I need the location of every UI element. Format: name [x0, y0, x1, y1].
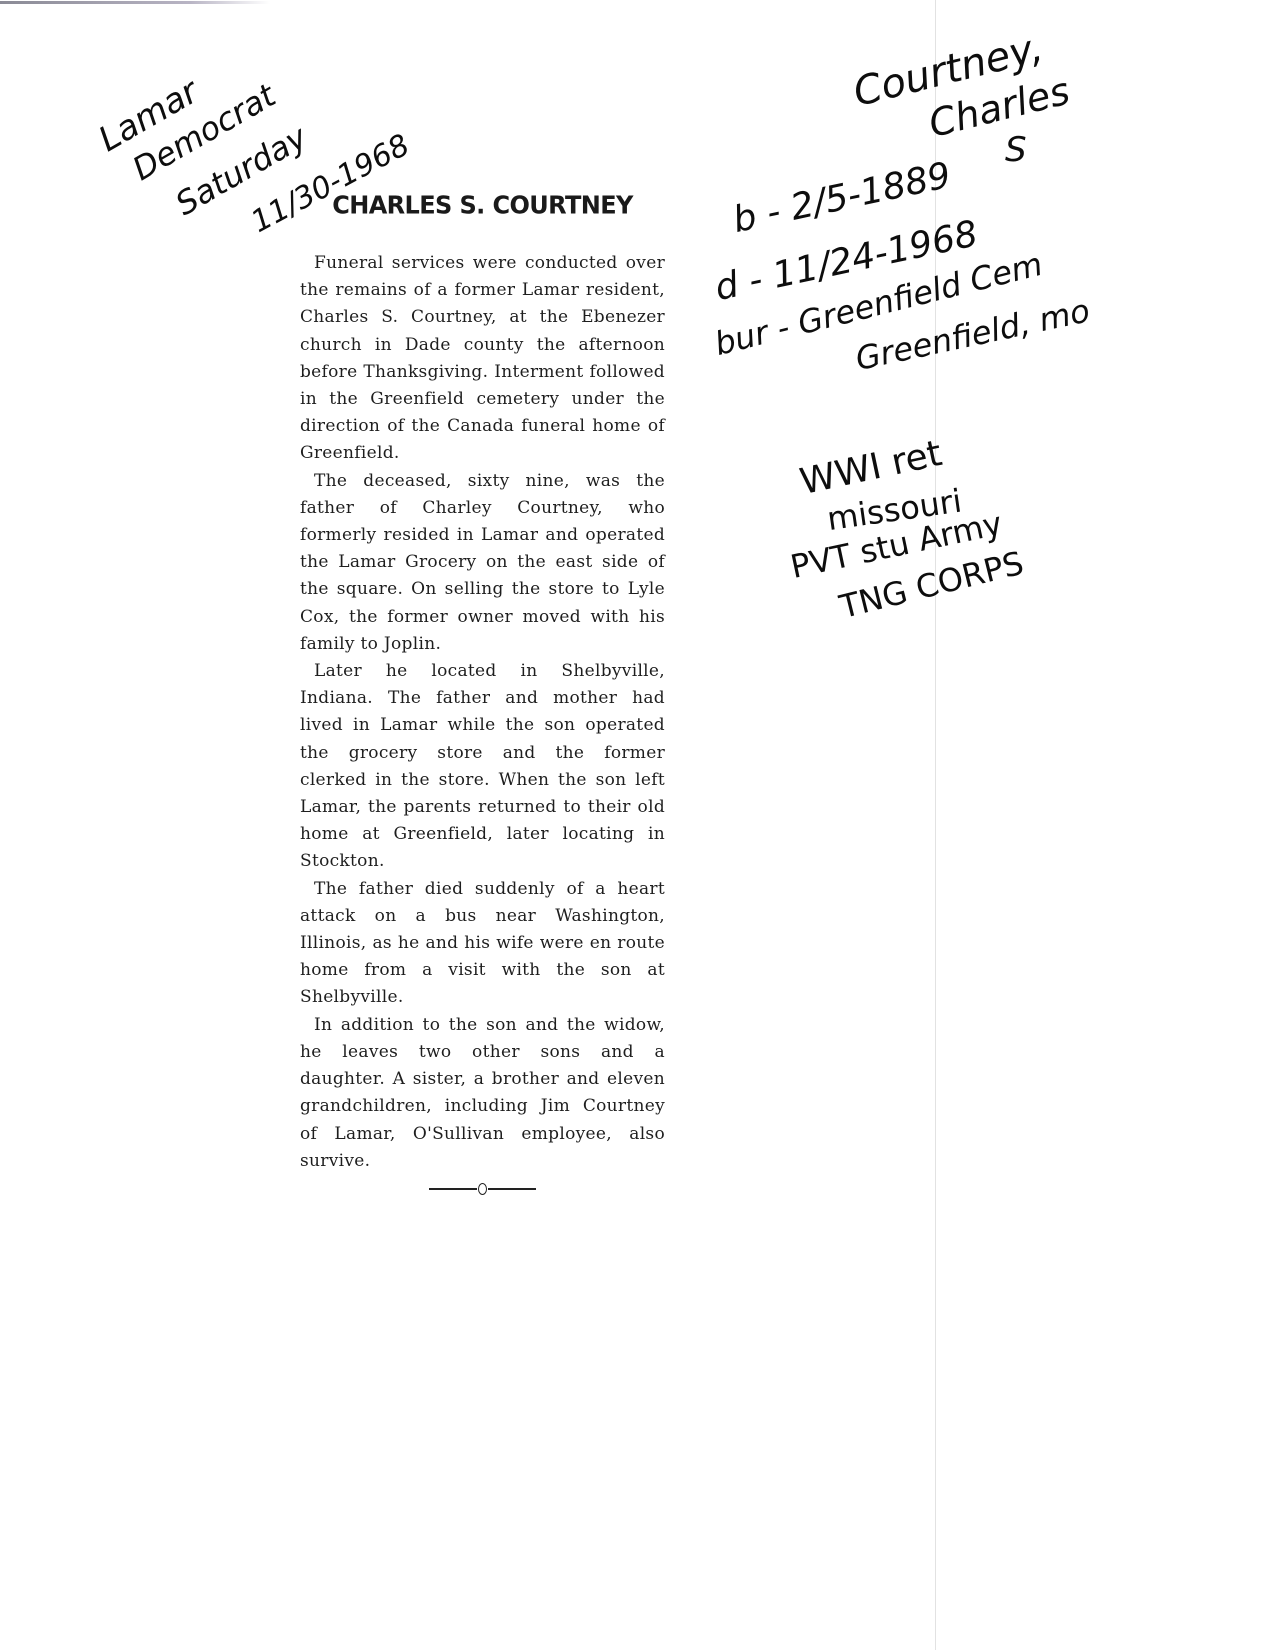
- scan-edge-artifact: [0, 1, 270, 4]
- obituary-paragraph: The deceased, sixty nine, was the father…: [300, 468, 665, 658]
- obituary-paragraph: Later he located in Shelbyville, Indiana…: [300, 658, 665, 876]
- divider-ring-icon: [478, 1183, 487, 1195]
- obituary-paragraph: In addition to the son and the widow, he…: [300, 1012, 665, 1175]
- handwritten-middle-initial: S: [1005, 130, 1027, 170]
- obituary-body: Funeral services were conducted over the…: [300, 250, 665, 1175]
- obituary-clipping: CHARLES S. COURTNEY Funeral services wer…: [300, 190, 665, 1197]
- obituary-paragraph: The father died suddenly of a heart atta…: [300, 876, 665, 1012]
- obituary-paragraph: Funeral services were conducted over the…: [300, 250, 665, 468]
- divider-rule-left: [429, 1188, 477, 1190]
- obituary-headline: CHARLES S. COURTNEY: [300, 189, 665, 221]
- end-of-article-divider: [300, 1181, 665, 1197]
- divider-rule-right: [488, 1188, 536, 1190]
